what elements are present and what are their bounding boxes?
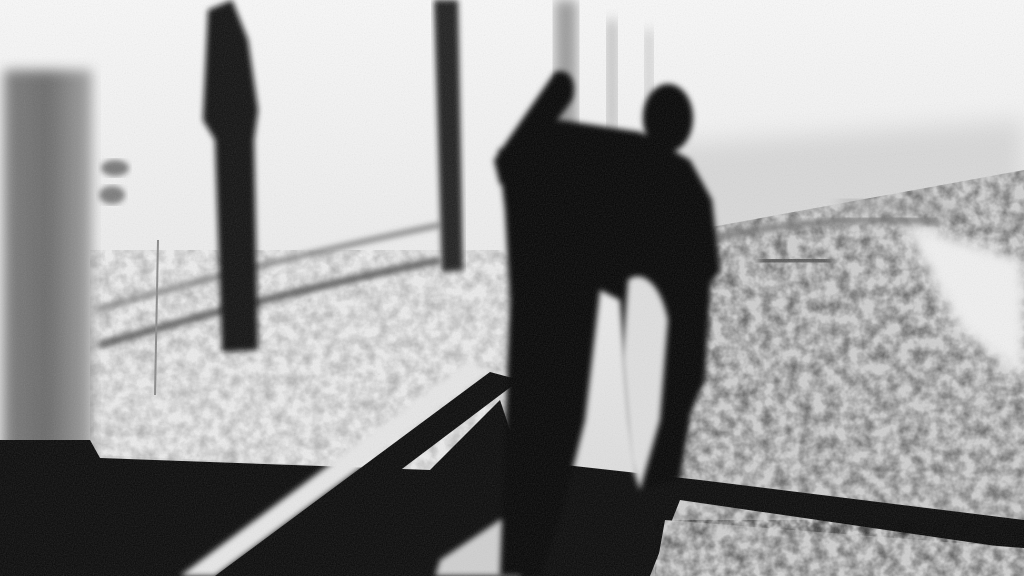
photo-canvas	[0, 0, 1024, 576]
film-grain	[0, 0, 1024, 576]
photo-film-still: Grainy high-contrast black-and-white fil…	[0, 0, 1024, 576]
